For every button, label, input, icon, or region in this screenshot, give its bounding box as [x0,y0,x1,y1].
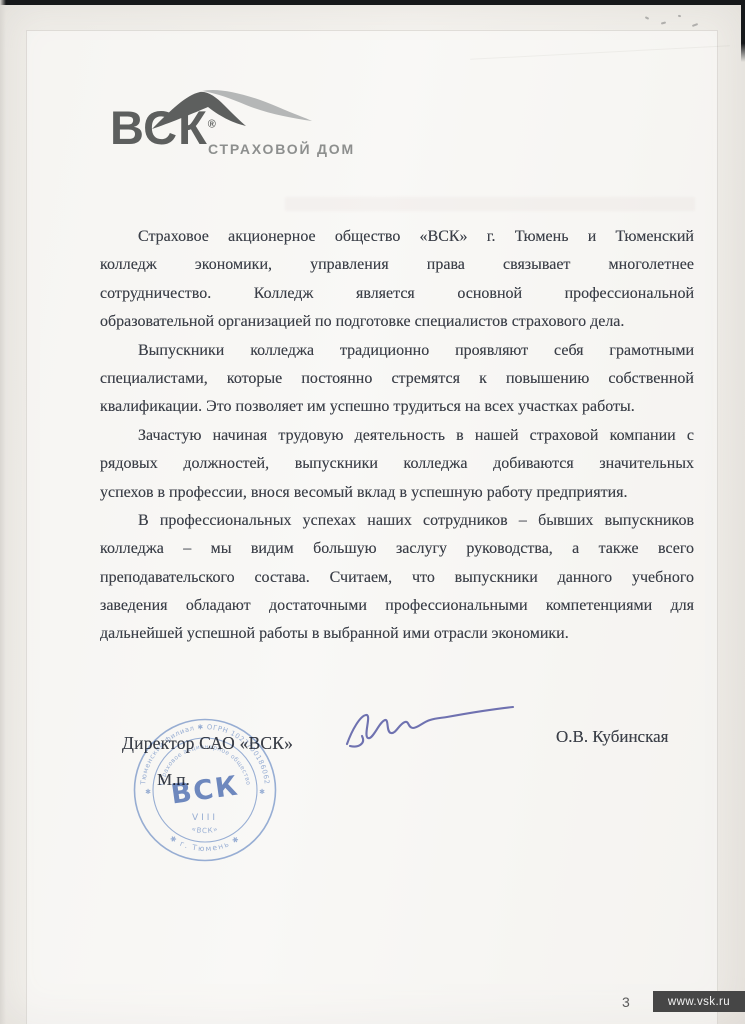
svg-text:«ВСК»: «ВСК» [191,825,220,835]
stamp-bottom-arc-text: ✱ г. Тюмень ✱ [168,834,242,853]
stamp-center-text: ВСК [169,770,241,810]
stamp-inner-bottom-text: «ВСК» [191,825,220,835]
text-line: рядовых должностей, выпускники колледжа … [100,450,694,478]
text-line: преподавательского состава. Считаем, что… [100,564,694,592]
round-stamp: Тюменский филиал ✱ ОГРН 1027700186062 ✱ … [131,716,279,864]
text-line: квалификации. Это позволяет им успешно т… [100,393,694,421]
scan-edge-right [741,0,745,62]
text-line: Зачастую начиная трудовую деятельность в… [100,422,694,450]
handwritten-signature [335,695,525,755]
text-line: успехов в профессии, внося весомый вклад… [100,479,694,507]
text-line: колледжа – мы видим большую заслугу руко… [100,535,694,563]
scan-smudge [285,197,695,211]
svg-text:✱ г. Тюмень ✱: ✱ г. Тюмень ✱ [168,834,242,853]
text-line: В профессиональных успехах наших сотрудн… [100,507,694,535]
letter-body: Страховое акционерное общество «ВСК» г. … [100,223,694,649]
scan-speck [678,15,681,17]
text-line: специалистами, которые постоянно стремят… [100,365,694,393]
scan-speck [661,21,666,24]
website-watermark: www.vsk.ru [653,991,745,1012]
website-text: www.vsk.ru [668,996,730,1008]
scan-speck [645,16,649,20]
stamp-roman-numeral: VIII [192,813,218,823]
stamp-star-right: ✱ [259,788,265,796]
registered-mark: ® [208,118,216,130]
brand-tagline: СТРАХОВОЙ ДОМ [208,141,355,157]
brand-wordmark: ВСК® [110,104,216,151]
scan-speck [692,23,698,27]
text-line: Страховое акционерное общество «ВСК» г. … [100,223,694,251]
vsk-logo: ВСК® СТРАХОВОЙ ДОМ [0,0,360,90]
text-line: Выпускники колледжа традиционно проявляю… [100,337,694,365]
text-line: колледж экономики, управления права связ… [100,251,694,279]
page-number: 3 [622,994,630,1010]
text-line: дальнейшей успешной работы в выбранной и… [100,620,694,648]
text-line: заведения обладают достаточными професси… [100,592,694,620]
paper-edge-shadow [0,0,6,1024]
stamp-star-left: ✱ [145,788,151,796]
signer-name: О.В. Кубинская [556,727,668,747]
scanned-letter-page: ВСК® СТРАХОВОЙ ДОМ Страховое акционерное… [0,0,745,1024]
text-line: сотрудничество. Колледж является основно… [100,280,694,308]
text-line: образовательной организацией по подготов… [100,308,694,336]
